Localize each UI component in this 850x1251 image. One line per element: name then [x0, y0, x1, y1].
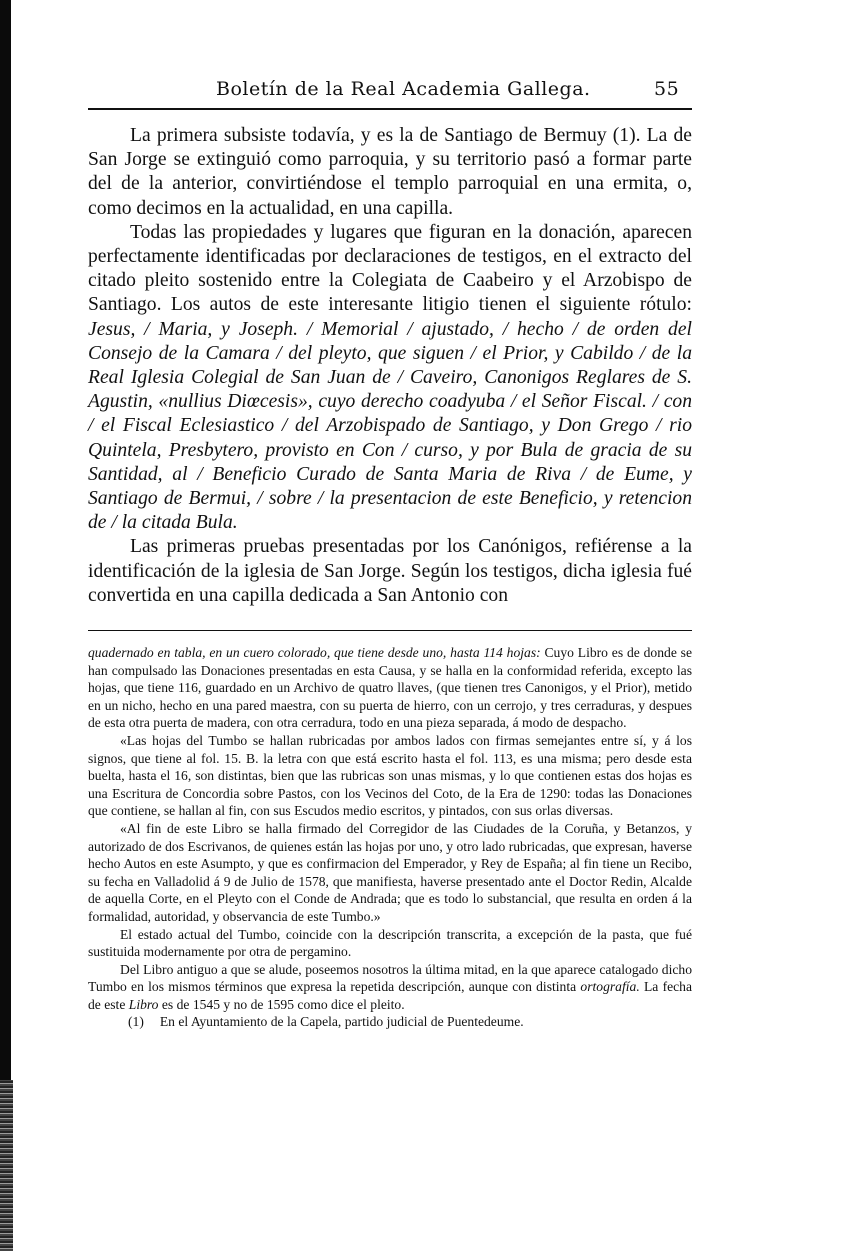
footnote-quote: «Al fin de este Libro se halla firmado d… [88, 820, 692, 926]
footnote-1: (1)En el Ayuntamiento de la Capela, part… [88, 1013, 692, 1031]
footnote-italic-lead: quadernado en tabla, en un cuero colorad… [88, 645, 541, 660]
footnote-rule [88, 630, 692, 631]
paragraph: Todas las propiedades y lugares que figu… [88, 221, 692, 536]
footnote-italic: ortografía. [580, 979, 639, 994]
paragraph-text: Todas las propiedades y lugares que figu… [88, 222, 692, 316]
scan-border-texture [0, 1080, 13, 1251]
paragraph: La primera subsiste todavía, y es la de … [88, 124, 692, 221]
footnote-quote: «Las hojas del Tumbo se hallan rubricada… [88, 732, 692, 820]
footnotes: quadernado en tabla, en un cuero colorad… [88, 644, 692, 1031]
scan-border-left [0, 0, 11, 1251]
page-number: 55 [654, 78, 679, 100]
journal-title: Boletín de la Real Academia Gallega. [216, 78, 591, 100]
document-title-quote: Jesus, / Maria, y Joseph. / Memorial / a… [88, 319, 692, 534]
running-header: Boletín de la Real Academia Gallega. 55 [88, 74, 692, 104]
footnote-paragraph: El estado actual del Tumbo, coincide con… [88, 926, 692, 961]
footnote-marker: (1) [128, 1014, 144, 1029]
main-text: La primera subsiste todavía, y es la de … [88, 124, 692, 608]
header-rule [88, 108, 692, 110]
footnote-paragraph: Del Libro antiguo a que se alude, poseem… [88, 961, 692, 1014]
footnote-text: es de 1545 y no de 1595 como dice el ple… [158, 997, 404, 1012]
footnote-italic: Libro [129, 997, 159, 1012]
footnote-text: En el Ayuntamiento de la Capela, partido… [160, 1014, 524, 1029]
paragraph: Las primeras pruebas presentadas por los… [88, 535, 692, 608]
footnote-continuation: quadernado en tabla, en un cuero colorad… [88, 644, 692, 732]
